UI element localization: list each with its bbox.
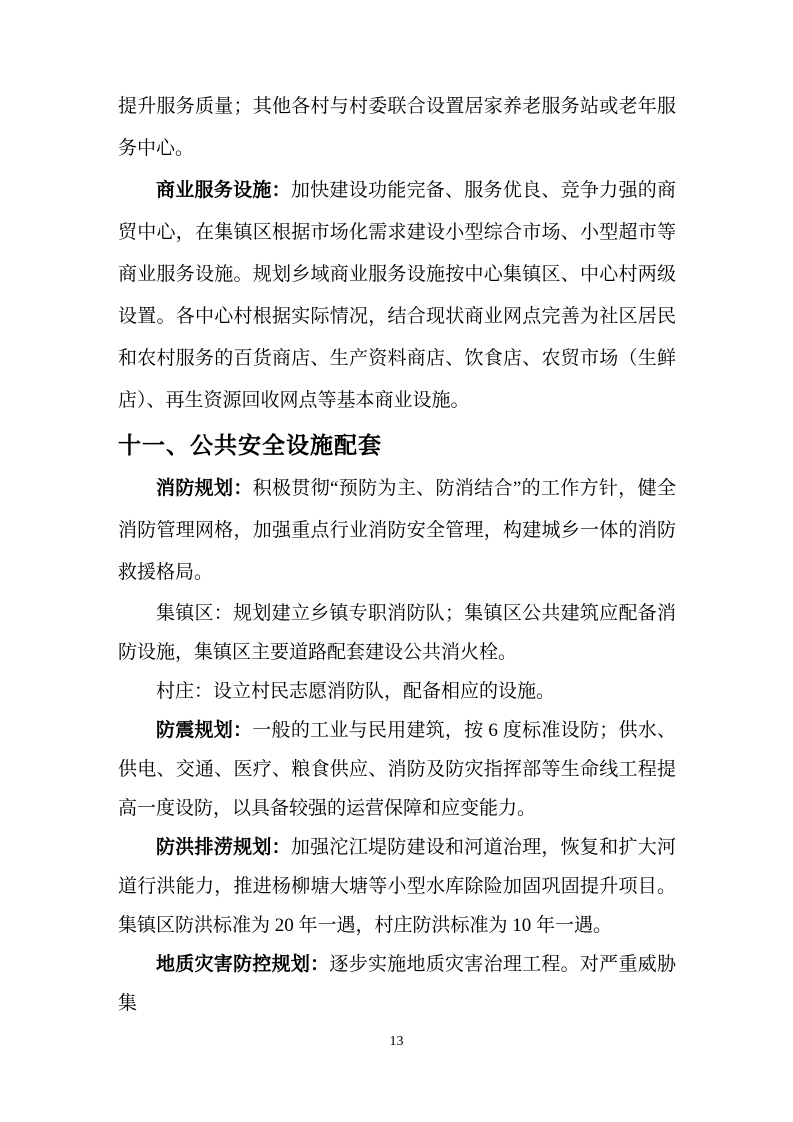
page-content: 提升服务质量；其他各村与村委联合设置居家养老服务站或老年服务中心。 商业服务设施…: [118, 86, 676, 1023]
paragraph-geological-hazard: 地质灾害防控规划：逐步实施地质灾害治理工程。对严重威胁集: [118, 945, 676, 1023]
paragraph-town-area: 集镇区：规划建立乡镇专职消防队；集镇区公共建筑应配备消防设施，集镇区主要道路配套…: [118, 594, 676, 672]
paragraph-commercial-services: 商业服务设施：加快建设功能完备、服务优良、竞争力强的商贸中心，在集镇区根据市场化…: [118, 170, 676, 422]
paragraph-village: 村庄：设立村民志愿消防队，配备相应的设施。: [118, 672, 676, 711]
paragraph-text: 设立村民志愿消防队，配备相应的设施。: [213, 681, 555, 702]
paragraph-earthquake-planning: 防震规划：一般的工业与民用建筑，按 6 度标准设防；供水、供电、交通、医疗、粮食…: [118, 711, 676, 828]
paragraph-text: 加快建设功能完备、服务优良、竞争力强的商贸中心，在集镇区根据市场化需求建设小型综…: [118, 180, 676, 411]
paragraph-lead: 消防规划：: [156, 478, 253, 499]
page-number: 13: [0, 1034, 793, 1050]
paragraph-fire-planning: 消防规划：积极贯彻“预防为主、防消结合”的工作方针，健全消防管理网格，加强重点行…: [118, 468, 676, 594]
section-heading: 十一、公共安全设施配套: [118, 422, 676, 468]
paragraph-lead: 防震规划：: [156, 720, 252, 741]
document-page: 提升服务质量；其他各村与村委联合设置居家养老服务站或老年服务中心。 商业服务设施…: [0, 0, 793, 1122]
paragraph-flood-planning: 防洪排涝规划：加强沱江堤防建设和河道治理，恢复和扩大河道行洪能力，推进杨柳塘大塘…: [118, 828, 676, 945]
paragraph-lead: 村庄：: [156, 681, 213, 702]
paragraph-lead: 商业服务设施：: [156, 180, 291, 201]
paragraph-text: 提升服务质量；其他各村与村委联合设置居家养老服务站或老年服务中心。: [118, 96, 676, 159]
paragraph-continued: 提升服务质量；其他各村与村委联合设置居家养老服务站或老年服务中心。: [118, 86, 676, 170]
paragraph-lead: 防洪排涝规划：: [156, 837, 291, 858]
paragraph-lead: 地质灾害防控规划：: [156, 954, 329, 975]
paragraph-lead: 集镇区：: [156, 603, 233, 624]
